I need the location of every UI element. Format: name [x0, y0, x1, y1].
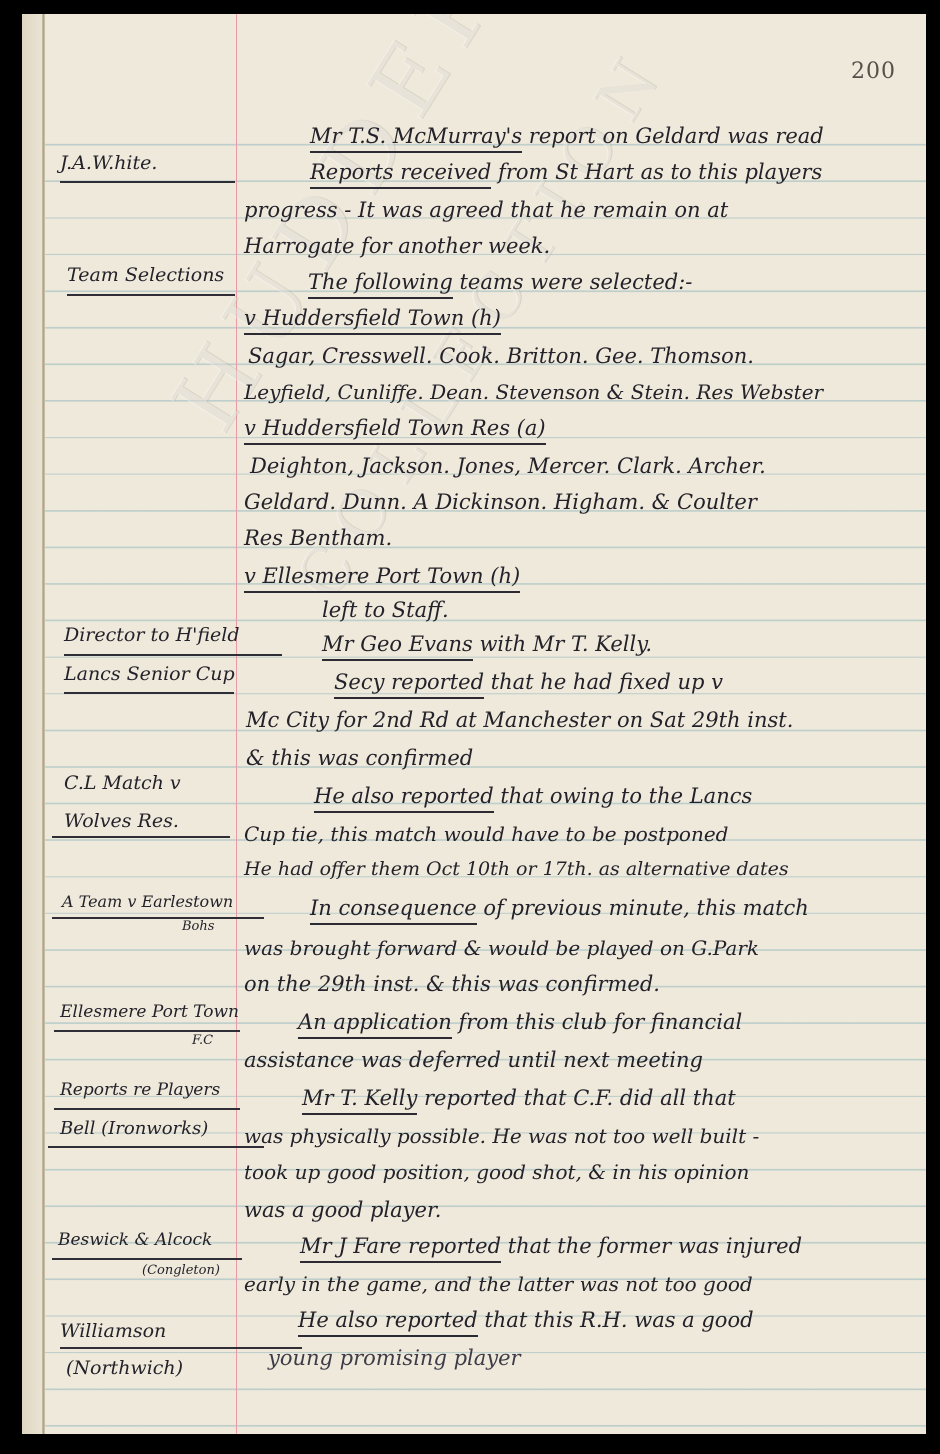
- margin-note: Team Selections: [67, 266, 224, 285]
- body-line: Geldard. Dunn. A Dickinson. Higham. & Co…: [244, 492, 757, 513]
- binding-line: [42, 14, 45, 1434]
- margin-note: C.L Match v: [64, 774, 181, 793]
- margin-underline: [67, 294, 235, 296]
- margin-underline: [48, 1146, 264, 1148]
- binding-shadow: [22, 14, 44, 1434]
- body-line: Reports received from St Hart as to this…: [310, 162, 822, 183]
- margin-note: Lancs Senior Cup: [64, 665, 235, 684]
- margin-note: Beswick & Alcock: [58, 1232, 212, 1249]
- body-line: An application from this club for financ…: [298, 1012, 742, 1033]
- margin-underline: [60, 181, 235, 183]
- margin-underline: [52, 836, 230, 838]
- body-line: assistance was deferred until next meeti…: [244, 1050, 703, 1071]
- margin-note: J.A.W.hite.: [60, 154, 157, 173]
- body-line: Harrogate for another week.: [244, 236, 550, 257]
- body-line: & this was confirmed: [246, 748, 473, 769]
- body-line: was physically possible. He was not too …: [244, 1126, 759, 1146]
- body-line: In consequence of previous minute, this …: [310, 898, 809, 919]
- margin-underline: [64, 654, 282, 656]
- margin-underline: [54, 1108, 240, 1110]
- body-line: v Huddersfield Town Res (a): [244, 418, 546, 439]
- body-line: left to Staff.: [322, 600, 449, 621]
- margin-note: Ellesmere Port Town: [60, 1004, 239, 1021]
- body-line: young promising player: [268, 1348, 521, 1369]
- ledger-page: HUDDERSFIELD COLLECTION 200 J.A.W.hite. …: [22, 14, 926, 1434]
- margin-note: Reports re Players: [60, 1082, 220, 1099]
- margin-underline: [54, 1030, 240, 1032]
- body-line: Sagar, Cresswell. Cook. Britton. Gee. Th…: [248, 346, 754, 367]
- body-line: Mr J Fare reported that the former was i…: [300, 1236, 802, 1257]
- margin-note: A Team v Earlestown: [62, 894, 233, 910]
- body-line: Leyfield, Cunliffe. Dean. Stevenson & St…: [244, 382, 823, 402]
- body-line: Res Bentham.: [244, 528, 392, 549]
- body-line: early in the game, and the latter was no…: [244, 1274, 753, 1294]
- body-line: He also reported that this R.H. was a go…: [298, 1310, 754, 1331]
- margin-note-sub: Bohs: [182, 920, 214, 933]
- body-line: on the 29th inst. & this was confirmed.: [244, 974, 660, 995]
- margin-note-sub: (Congleton): [142, 1264, 220, 1277]
- body-line: v Huddersfield Town (h): [244, 308, 501, 329]
- body-line: took up good position, good shot, & in h…: [244, 1162, 749, 1182]
- body-line: Cup tie, this match would have to be pos…: [244, 824, 728, 844]
- margin-note-sub: F.C: [192, 1034, 213, 1047]
- body-line: progress - It was agreed that he remain …: [244, 200, 728, 221]
- body-line: The following teams were selected:-: [308, 272, 692, 293]
- margin-note: (Northwich): [66, 1359, 183, 1378]
- body-line: Mr T. Kelly reported that C.F. did all t…: [302, 1088, 736, 1109]
- margin-underline: [52, 917, 264, 919]
- body-line: v Ellesmere Port Town (h): [244, 566, 520, 587]
- body-line: Mr T.S. McMurray's report on Geldard was…: [310, 126, 824, 147]
- margin-note: Bell (Ironworks): [60, 1120, 208, 1138]
- body-line: Mc City for 2nd Rd at Manchester on Sat …: [246, 710, 793, 731]
- red-margin-line: [236, 14, 237, 1434]
- margin-underline: [64, 692, 234, 694]
- body-line: was a good player.: [244, 1200, 441, 1221]
- body-line: was brought forward & would be played on…: [244, 938, 759, 958]
- body-line: Mr Geo Evans with Mr T. Kelly.: [322, 634, 652, 655]
- margin-note: Wolves Res.: [64, 812, 179, 831]
- body-line: Secy reported that he had fixed up v: [334, 672, 723, 693]
- body-line: He had offer them Oct 10th or 17th. as a…: [244, 860, 789, 879]
- margin-underline: [60, 1347, 302, 1349]
- margin-note: Williamson: [60, 1322, 166, 1341]
- body-line: Deighton, Jackson. Jones, Mercer. Clark.…: [250, 456, 766, 477]
- margin-note: Director to H'field: [64, 626, 240, 645]
- body-line: He also reported that owing to the Lancs: [314, 786, 752, 807]
- page-number: 200: [851, 59, 896, 84]
- margin-underline: [52, 1258, 242, 1260]
